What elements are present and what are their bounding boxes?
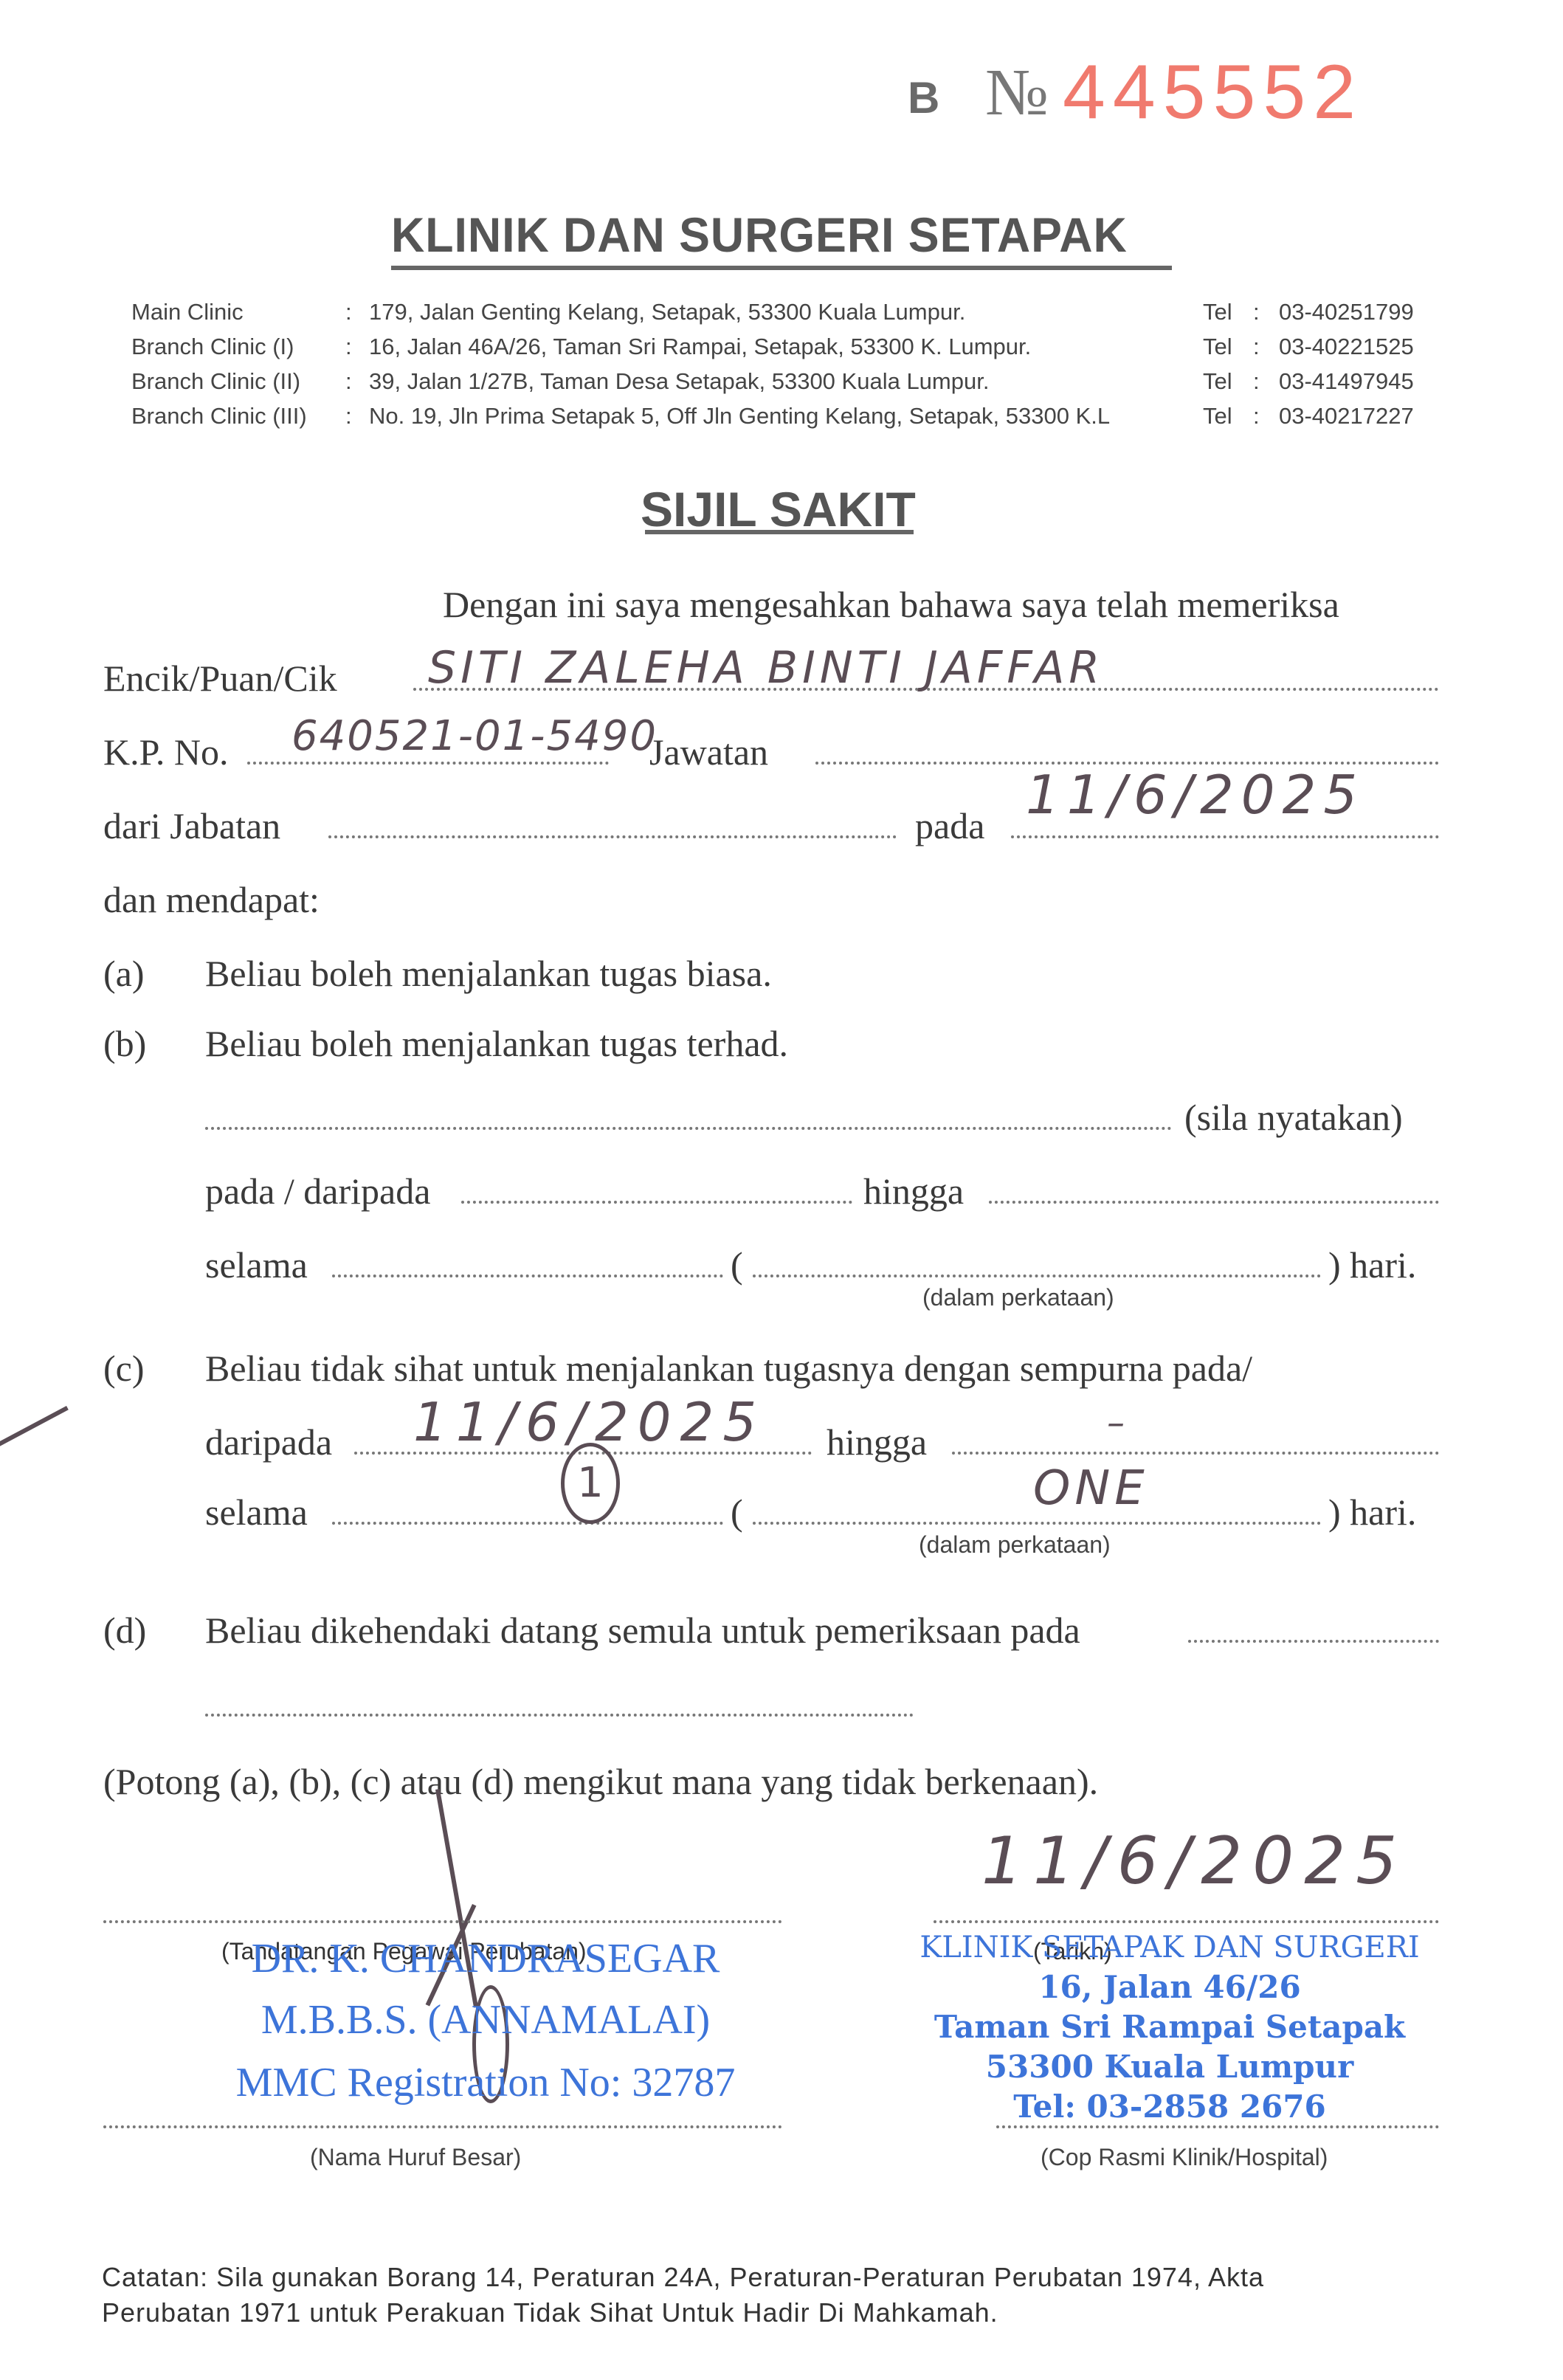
signature-date-field[interactable]: 11/6/2025 [981,1823,1407,1899]
option-c-duration-field[interactable]: 1 [561,1443,620,1524]
signature-date-line [934,1920,1439,1923]
option-b-marker: (b) [103,1022,146,1065]
option-b-to-label: hingga [863,1170,964,1213]
option-c-words-field[interactable]: ONE [1033,1461,1149,1516]
title-underline [645,530,914,534]
clinic-stamp-name: KLINIK SETAPAK DAN SURGERI [874,1931,1465,1965]
clinic-stamp-address: 16, Jalan 46/26 [874,1969,1465,2005]
option-c-words-line [753,1522,1321,1525]
option-b-from-label: pada / daripada [205,1170,430,1213]
specify-hint: (sila nyatakan) [1184,1096,1403,1139]
option-b-duration-label: selama [205,1244,308,1286]
stamp-label: (Cop Rasmi Klinik/Hospital) [1041,2144,1328,2171]
option-b-words-field[interactable] [753,1274,1321,1277]
clinic-stamp-city: 53300 Kuala Lumpur [874,2049,1465,2085]
option-d-date-field[interactable] [1188,1640,1439,1643]
form-series: B [908,72,939,123]
option-c-to-label: hingga [827,1421,927,1463]
option-c-from-label: daripada [205,1421,332,1463]
signature-line [103,1920,782,1923]
branch-address: 39, Jalan 1/27B, Taman Desa Setapak, 533… [369,368,989,395]
date-field-line [1011,835,1439,838]
open-paren: ( [731,1491,743,1534]
option-c-marker[interactable]: (c) [103,1347,145,1390]
option-c-duration-label: selama [205,1491,308,1534]
branch-address: 179, Jalan Genting Kelang, Setapak, 5330… [369,299,965,325]
ic-field-line [247,762,609,765]
tel-label: Tel [1203,299,1232,325]
clinic-stamp-area: Taman Sri Rampai Setapak [874,2009,1465,2045]
doctor-name-line [103,2125,782,2128]
ic-label: K.P. No. [103,731,228,773]
doctor-stamp-registration: MMC Registration No: 32787 [205,2059,766,2106]
option-b-to-field[interactable] [989,1201,1439,1204]
tel-label: Tel [1203,334,1232,360]
ic-number-field[interactable]: 640521-01-5490 [291,712,658,760]
days-suffix: ) hari. [1328,1491,1416,1534]
branch-address: No. 19, Jln Prima Setapak 5, Off Jln Gen… [369,403,1110,430]
tel-number: 03-40251799 [1279,299,1414,325]
title-underline [391,266,1172,270]
option-c-duration-line [332,1522,723,1525]
checkmark-icon [0,1406,69,1470]
department-label: dari Jabatan [103,804,280,847]
clinic-stamp-tel: Tel: 03-2858 2676 [874,2088,1465,2125]
intro-text: Dengan ini saya mengesahkan bahawa saya … [443,583,1339,626]
tel-number: 03-41497945 [1279,368,1414,395]
option-a-text: Beliau boleh menjalankan tugas biasa. [205,952,772,995]
option-b-specify-field[interactable] [205,1127,1172,1130]
option-c-to-line [952,1452,1439,1455]
doctor-name-label: (Nama Huruf Besar) [310,2144,521,2171]
branch-label: Main Clinic [131,299,244,325]
option-d-marker: (d) [103,1609,146,1652]
tel-label: Tel [1203,403,1232,430]
footer-note-line-2: Perubatan 1971 untuk Perakuan Tidak Siha… [102,2297,998,2328]
certificate-title: SIJIL SAKIT [641,481,916,537]
in-words-hint: (dalam perkataan) [922,1284,1114,1311]
branch-label: Branch Clinic (III) [131,403,307,430]
option-d-text: Beliau dikehendaki datang semula untuk p… [205,1609,1080,1652]
doctor-stamp-qualification: M.B.B.S. (ANNAMALAI) [205,1996,766,2043]
instruction-text: (Potong (a), (b), (c) atau (d) mengikut … [103,1760,1098,1803]
position-label: Jawatan [649,731,768,773]
tel-number: 03-40217227 [1279,403,1414,430]
option-c-text: Beliau tidak sihat untuk menjalankan tug… [205,1347,1252,1390]
footer-note-line-1: Catatan: Sila gunakan Borang 14, Peratur… [102,2262,1264,2293]
number-sign: № [985,55,1049,131]
tel-number: 03-40221525 [1279,334,1414,360]
name-label: Encik/Puan/Cik [103,657,337,700]
option-b-text: Beliau boleh menjalankan tugas terhad. [205,1022,788,1065]
option-d-date-field-2[interactable] [205,1714,914,1717]
option-b-from-field[interactable] [461,1201,852,1204]
clinic-name: KLINIK DAN SURGERI SETAPAK [391,207,1128,263]
exam-date-field[interactable]: 11/6/2025 [1026,764,1364,826]
serial-number: 445552 [1063,49,1363,137]
option-b-duration-field[interactable] [332,1274,723,1277]
option-c-to-field[interactable]: – [1107,1402,1129,1443]
branch-label: Branch Clinic (II) [131,368,300,395]
open-paren: ( [731,1244,743,1286]
branch-label: Branch Clinic (I) [131,334,294,360]
stamp-line [996,2125,1439,2128]
in-words-hint: (dalam perkataan) [919,1531,1111,1559]
tel-label: Tel [1203,368,1232,395]
department-field[interactable] [328,835,897,838]
patient-name-field[interactable]: SITI ZALEHA BINTI JAFFAR [428,642,1104,694]
option-a-marker: (a) [103,952,145,995]
doctor-stamp-name: DR. K. CHANDRASEGAR [205,1935,766,1982]
findings-label: dan mendapat: [103,878,320,921]
days-suffix: ) hari. [1328,1244,1416,1286]
branch-address: 16, Jalan 46A/26, Taman Sri Rampai, Seta… [369,334,1031,360]
date-label: pada [915,804,984,847]
